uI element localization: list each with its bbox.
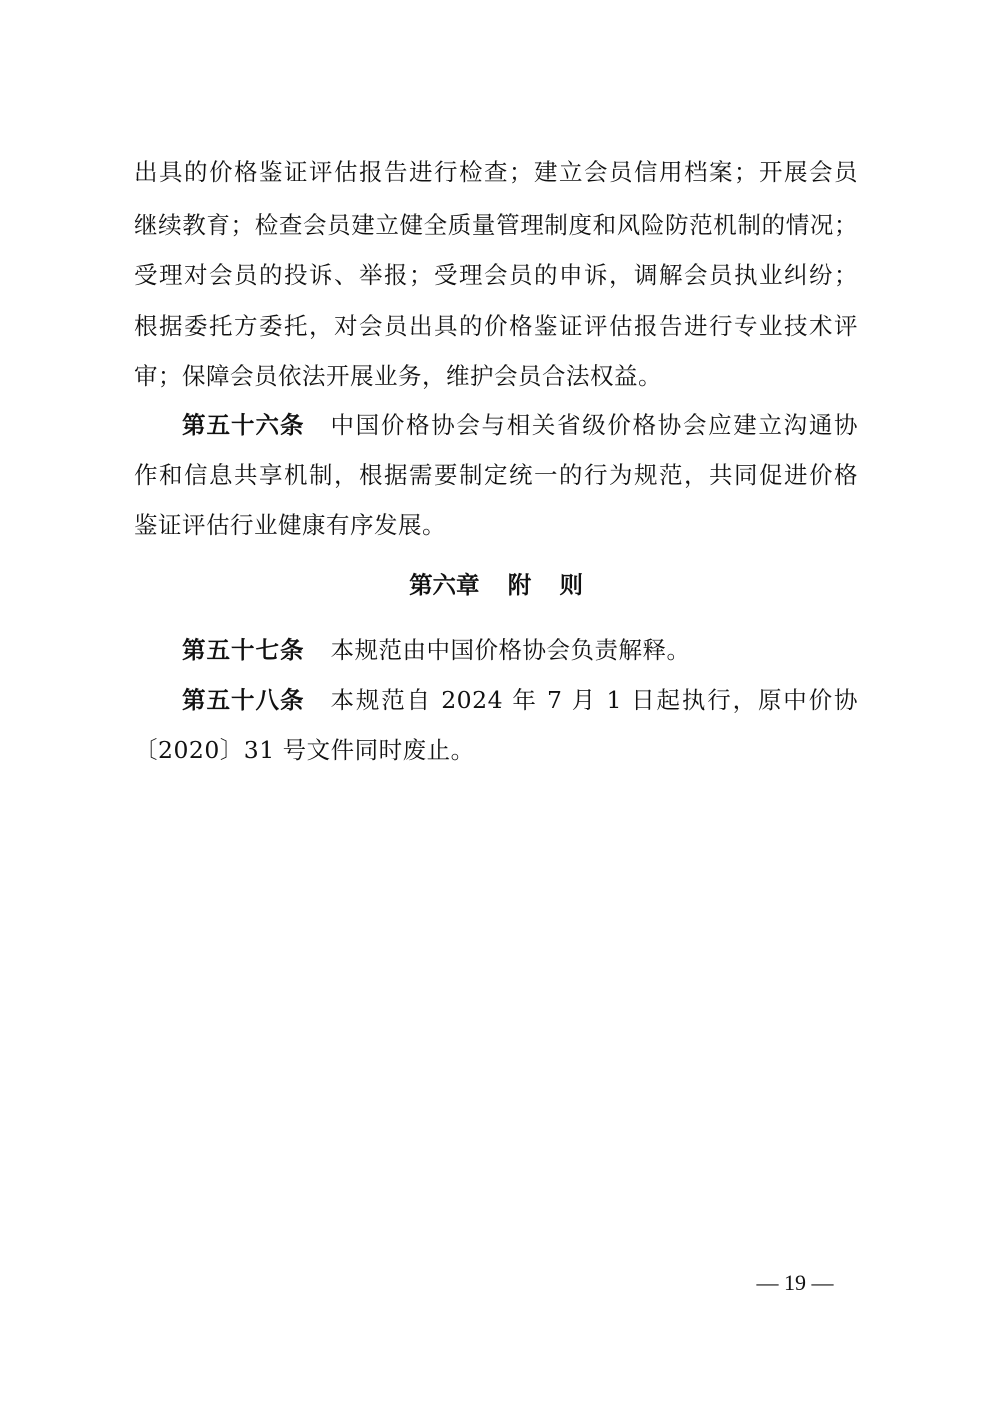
article-58-text: 本规范自 2024 年 7 月 1 日起执行，原中价协 — [331, 685, 859, 715]
article-56-line: 鉴证评估行业健康有序发展。 — [134, 510, 858, 540]
article-56-line: 作和信息共享机制，根据需要制定统一的行为规范，共同促进价格 — [134, 460, 858, 490]
article-56-text: 中国价格协会与相关省级价格协会应建立沟通协 — [331, 410, 859, 440]
chapter-number: 第六章 — [409, 571, 480, 599]
paragraph-line: 根据委托方委托，对会员出具的价格鉴证评估报告进行专业技术评 — [134, 311, 858, 341]
article-58-first-line: 第五十八条 本规范自 2024 年 7 月 1 日起执行，原中价协 — [182, 685, 858, 715]
paragraph-line: 继续教育；检查会员建立健全质量管理制度和风险防范机制的情况； — [134, 210, 858, 240]
page-number: — 19 — — [745, 1270, 845, 1296]
chapter-title-part2: 则 — [559, 571, 583, 599]
article-58-label: 第五十八条 — [182, 685, 305, 715]
article-57-text: 本规范由中国价格协会负责解释。 — [331, 636, 691, 664]
paragraph-line: 受理对会员的投诉、举报；受理会员的申诉，调解会员执业纠纷； — [134, 260, 858, 290]
article-57: 第五十七条本规范由中国价格协会负责解释。 — [182, 635, 858, 665]
document-page: 出具的价格鉴证评估报告进行检查；建立会员信用档案；开展会员 继续教育；检查会员建… — [0, 0, 992, 1403]
paragraph-line: 审；保障会员依法开展业务，维护会员合法权益。 — [134, 361, 858, 391]
article-58-line: 〔2020〕31 号文件同时废止。 — [134, 735, 858, 765]
article-56-label: 第五十六条 — [182, 410, 305, 440]
article-56-first-line: 第五十六条 中国价格协会与相关省级价格协会应建立沟通协 — [182, 410, 858, 440]
chapter-title-part1: 附 — [508, 571, 532, 599]
article-57-label: 第五十七条 — [182, 636, 305, 664]
chapter-heading: 第六章 附 则 — [0, 570, 992, 600]
paragraph-line: 出具的价格鉴证评估报告进行检查；建立会员信用档案；开展会员 — [134, 157, 858, 187]
